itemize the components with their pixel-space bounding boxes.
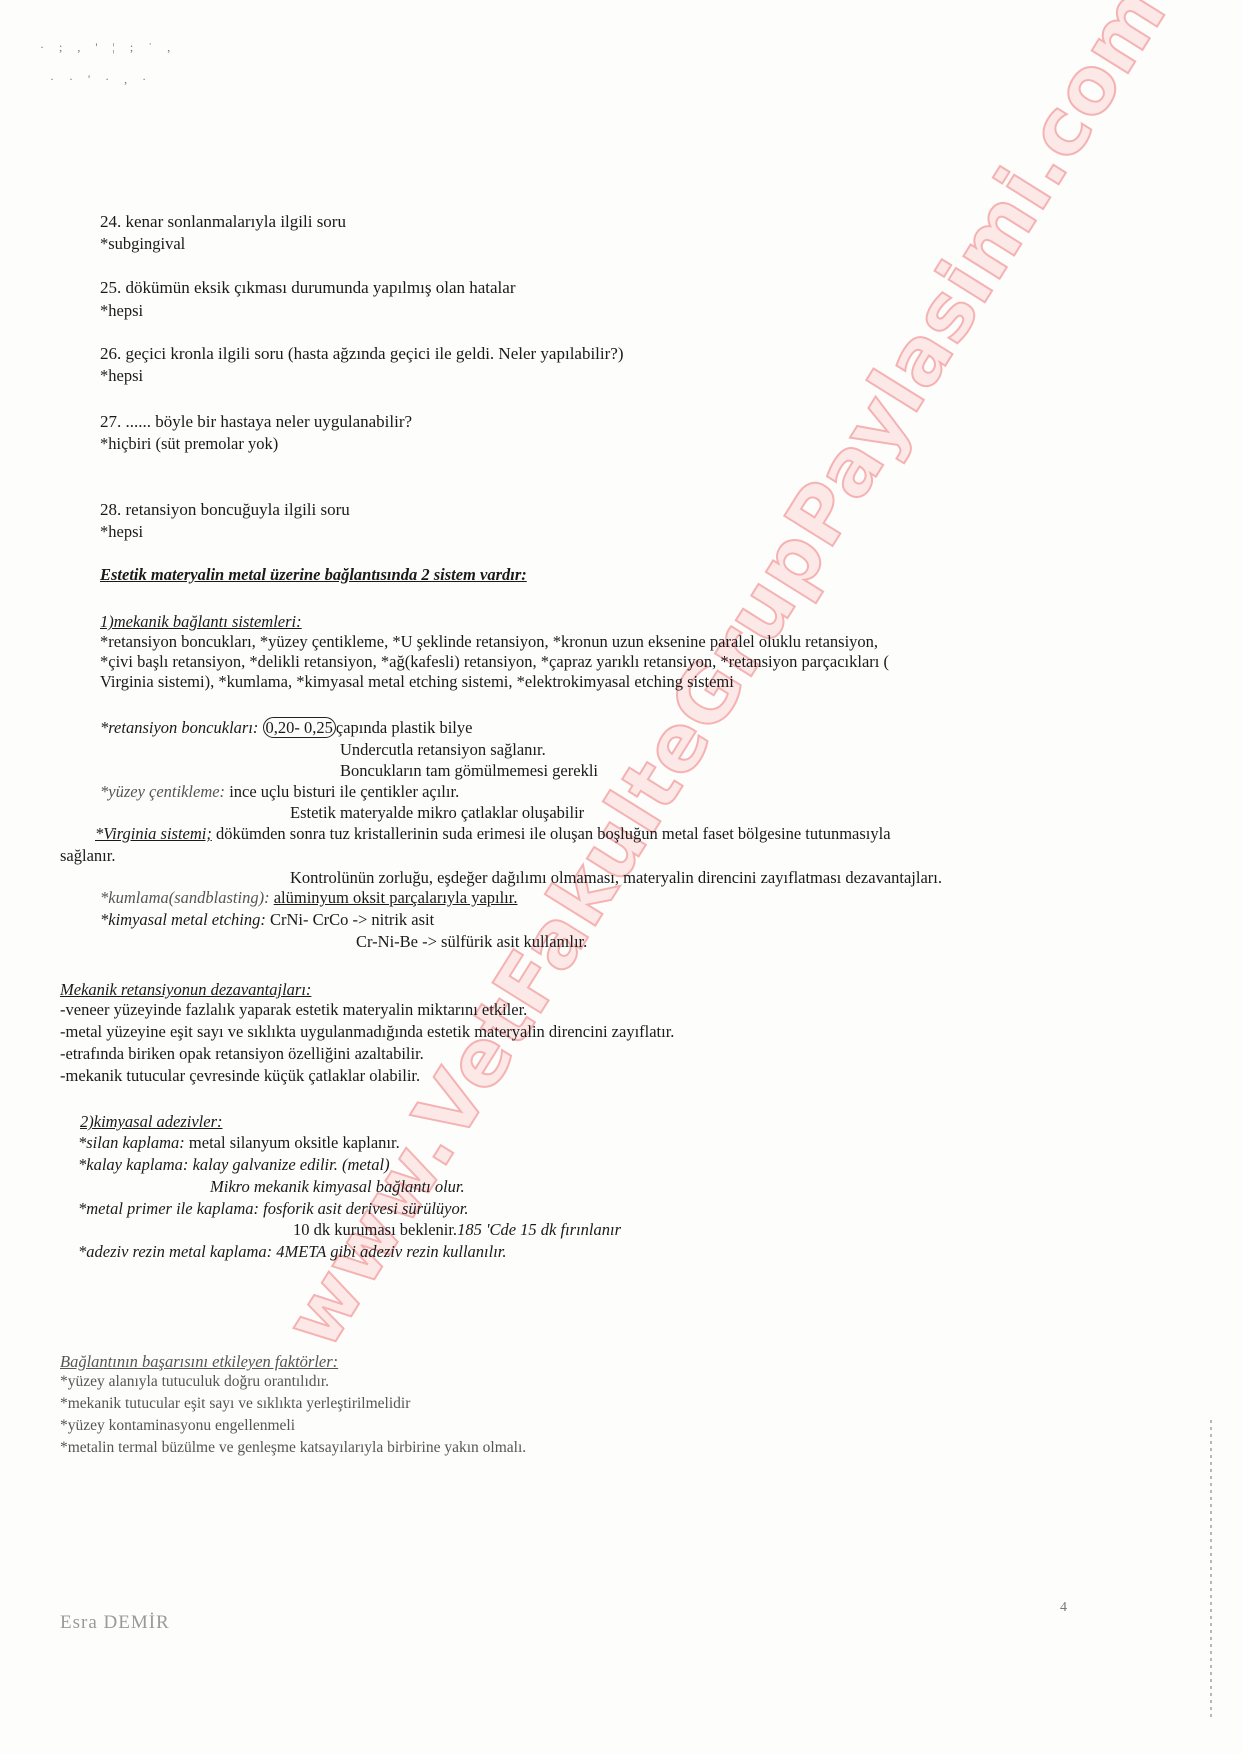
silane-row: *silan kaplama: metal silanyum oksitle k… [78,1133,400,1153]
primer-cont: 10 dk kuruması beklenir.185 'Cde 15 dk f… [293,1220,621,1240]
beads-size: 0,20- 0,25 [263,717,336,738]
resin-row: *adeziv rezin metal kaplama: 4META gibi … [78,1242,507,1262]
virginia-row: *Virginia sistemi; dökümden sonra tuz kr… [95,824,891,844]
factor-item: *mekanik tutucular eşit sayı ve sıklıkta… [60,1394,410,1414]
sandblast-text: alüminyum oksit parçalarıyla yapılır. [274,888,518,907]
tin-text: kalay galvanize edilir. (metal) [193,1155,390,1174]
tin-row: *kalay kaplama: kalay galvanize edilir. … [78,1155,390,1175]
primer-text: fosforik asit derivesi sürülüyor. [263,1199,468,1218]
virginia-disadv: Kontrolünün zorluğu, eşdeğer dağılımı ol… [290,868,942,888]
scan-edge-artifact [1210,1420,1212,1720]
answer-28: *hepsi [100,522,143,542]
answer-25: *hepsi [100,301,143,321]
section-title: Estetik materyalin metal üzerine bağlant… [100,565,527,585]
footer-author: Esra DEMİR [60,1612,170,1634]
virginia-cont: sağlanır. [60,846,115,866]
question-24: 24. kenar sonlanmalarıyla ilgili soru [100,212,346,232]
factor-item: *metalin termal büzülme ve genleşme kats… [60,1438,526,1458]
beads-row: *retansiyon boncukları: 0,20- 0,25çapınd… [100,718,472,738]
beads-text: çapında plastik bilye [336,718,473,737]
answer-26: *hepsi [100,366,143,386]
notch-text: Estetik materyalde mikro çatlaklar oluşa… [290,803,584,823]
mechanical-list-line: *çivi başlı retansiyon, *delikli retansi… [100,652,889,672]
silane-text: metal silanyum oksitle kaplanır. [189,1133,400,1152]
disadvantages-heading: Mekanik retansiyonun dezavantajları: [60,980,311,1000]
factor-item: *yüzey alanıyla tutuculuk doğru orantılı… [60,1372,329,1392]
factors-heading: Bağlantının başarısını etkileyen faktörl… [60,1352,338,1372]
scan-noise: · ; , ' ¦ ; ˙ , [40,40,176,55]
beads-label: *retansiyon boncukları: [100,718,258,737]
notch-row: *yüzey çentikleme: ince uçlu bisturi ile… [100,782,459,802]
virginia-label: *Virginia sistemi; [95,824,212,843]
notch-text: ince uçlu bisturi ile çentikler açılır. [229,782,459,801]
silane-label: *silan kaplama: [78,1133,185,1152]
etching-text: CrNi- CrCo -> nitrik asit [270,910,434,929]
disadvantage-item: -etrafında biriken opak retansiyon özell… [60,1044,424,1064]
resin-label: *adeziv rezin metal kaplama: [78,1242,272,1261]
question-25: 25. dökümün eksik çıkması durumunda yapı… [100,278,515,298]
answer-27: *hiçbiri (süt premolar yok) [100,434,278,454]
primer-label: *metal primer ile kaplama: [78,1199,259,1218]
etching-row: *kimyasal metal etching: CrNi- CrCo -> n… [100,910,434,930]
page-number: 4 [1060,1600,1067,1616]
etching-label: *kimyasal metal etching: [100,910,266,929]
tin-label: *kalay kaplama: [78,1155,188,1174]
disadvantage-item: -veneer yüzeyinde fazlalık yaparak estet… [60,1000,527,1020]
sandblast-row: *kumlama(sandblasting): alüminyum oksit … [100,888,517,908]
tin-cont: Mikro mekanik kimyasal bağlantı olur. [210,1177,465,1197]
sandblast-label: *kumlama(sandblasting): [100,888,270,907]
factor-item: *yüzey kontaminasyonu engellenmeli [60,1416,295,1436]
resin-text: 4META gibi adeziv rezin kullanılır. [276,1242,506,1261]
chemical-heading: 2)kimyasal adezivler: [80,1112,223,1132]
mechanical-list-line: Virginia sistemi), *kumlama, *kimyasal m… [100,672,734,692]
question-26: 26. geçici kronla ilgili soru (hasta ağz… [100,344,624,364]
etching-text: Cr-Ni-Be -> sülfürik asit kullanılır. [356,932,587,952]
virginia-text: dökümden sonra tuz kristallerinin suda e… [216,824,891,843]
notch-label: *yüzey çentikleme: [100,782,225,801]
question-27: 27. ...... böyle bir hastaya neler uygul… [100,412,412,432]
scan-noise: · · ' · , · [50,72,152,87]
beads-text: Undercutla retansiyon sağlanır. [340,740,546,760]
question-28: 28. retansiyon boncuğuyla ilgili soru [100,500,350,520]
mechanical-list-line: *retansiyon boncukları, *yüzey çentiklem… [100,632,878,652]
mechanical-heading: 1)mekanik bağlantı sistemleri: [100,612,302,632]
primer-row: *metal primer ile kaplama: fosforik asit… [78,1199,468,1219]
beads-text: Boncukların tam gömülmemesi gerekli [340,761,598,781]
disadvantage-item: -mekanik tutucular çevresinde küçük çatl… [60,1066,420,1086]
answer-24: *subgingival [100,234,185,254]
disadvantage-item: -metal yüzeyine eşit sayı ve sıklıkta uy… [60,1022,674,1042]
